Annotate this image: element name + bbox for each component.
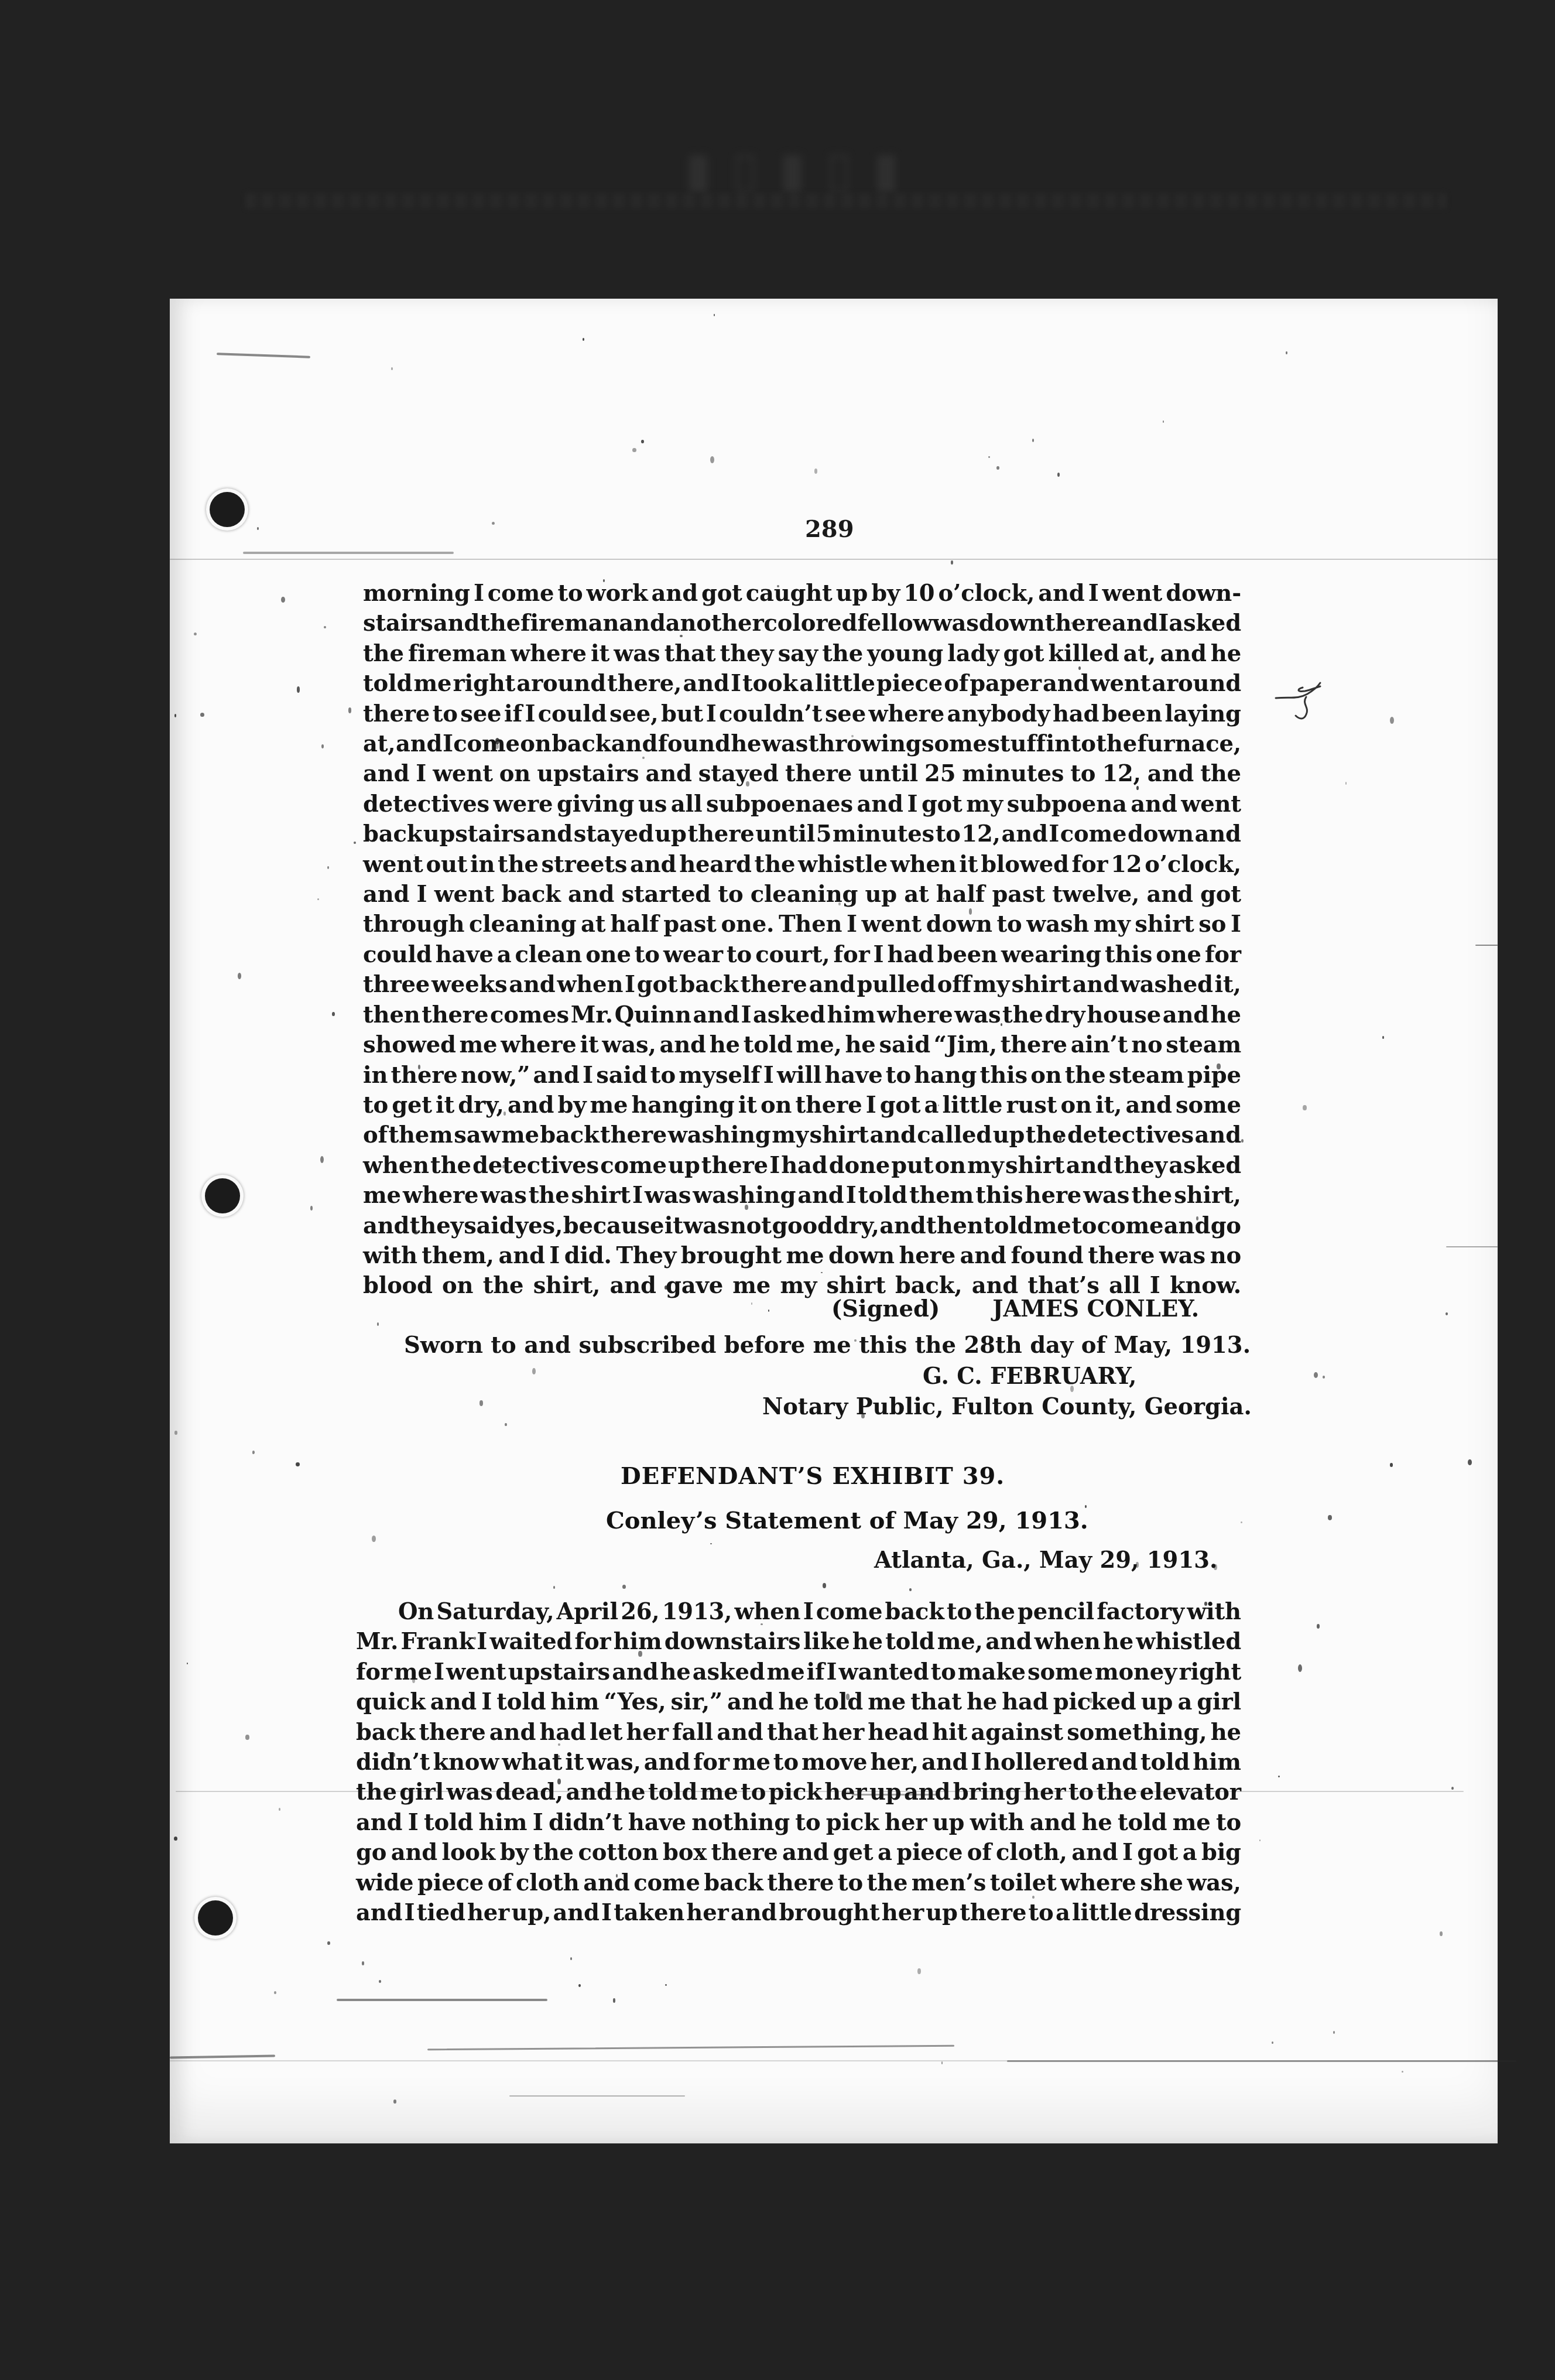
scan-speck — [622, 1585, 626, 1589]
text-line: wentoutinthestreetsandheardthewhistlewhe… — [363, 850, 1241, 880]
text-line: OnSaturday,April26,1913,whenIcomebacktot… — [356, 1597, 1241, 1627]
scan-speck — [320, 1156, 324, 1163]
scan-speck — [1032, 439, 1034, 442]
scan-speck — [1402, 2071, 1403, 2073]
text-line: morningIcometoworkandgotcaughtupby10o’cl… — [363, 579, 1241, 608]
text-line: andIwentbackandstartedtocleaningupathalf… — [363, 880, 1241, 909]
scan-speck — [1323, 1376, 1325, 1379]
scan-speck — [279, 1808, 280, 1811]
scan-speck — [327, 1941, 330, 1945]
signer-name: JAMES CONLEY. — [992, 1296, 1199, 1322]
scan-speck — [1196, 1216, 1198, 1220]
scan-speck — [951, 560, 953, 565]
scan-speck — [348, 707, 352, 713]
scan-speck — [536, 1191, 539, 1194]
scan-speck — [1303, 1105, 1307, 1111]
scan-speck — [317, 898, 319, 901]
scan-speck — [281, 597, 285, 603]
scan-speck — [1272, 2042, 1273, 2044]
scan-speck — [532, 1368, 536, 1374]
scan-speck — [996, 466, 999, 470]
text-line: throughcleaningathalfpastone.ThenIwentdo… — [363, 909, 1241, 939]
scan-speck — [1070, 1386, 1074, 1392]
scan-speck — [558, 1755, 560, 1758]
scan-line — [509, 2095, 685, 2097]
scan-speck — [414, 1230, 418, 1235]
scan-speck — [1314, 1372, 1318, 1378]
scan-speck — [578, 1984, 581, 1987]
scan-speck — [200, 713, 204, 717]
text-line: thefiremanwhereitwasthattheysaytheyoungl… — [363, 639, 1241, 669]
text-line: whenthedetectivescomeupthereIhaddoneputo… — [363, 1151, 1241, 1181]
text-line: withthem,andIdid.Theybroughtmedownherean… — [363, 1241, 1241, 1271]
scan-speck — [838, 902, 840, 905]
scan-speck — [846, 1694, 850, 1699]
scan-speck — [861, 1414, 865, 1419]
jurat: Sworn to and subscribed before me this t… — [404, 1332, 1251, 1359]
scan-speck — [969, 908, 972, 915]
scan-speck — [404, 928, 406, 932]
scan-speck — [924, 1673, 927, 1676]
scan-speck — [814, 469, 817, 473]
page-number: 289 — [805, 515, 854, 543]
scan-speck — [641, 440, 644, 444]
scan-speck — [354, 842, 355, 844]
scan-speck — [1032, 1896, 1035, 1899]
scan-line — [217, 353, 310, 358]
scan-speck — [558, 1743, 560, 1746]
scan-speck — [1390, 717, 1394, 724]
scan-speck — [988, 456, 990, 458]
scan-speck — [474, 1637, 475, 1640]
text-line: detectivesweregivingusallsubpoenaesandIg… — [363, 789, 1241, 819]
text-line: threeweeksandwhenIgotbackthereandpulledo… — [363, 970, 1241, 1000]
scan-line — [170, 2054, 275, 2058]
scan-speck — [1085, 1505, 1087, 1508]
scan-speck — [710, 456, 714, 463]
scan-speck — [583, 338, 584, 341]
scan-speck — [583, 1813, 584, 1815]
scan-speck — [274, 1991, 276, 1994]
text-line: widepieceofclothandcomebacktheretothemen… — [356, 1868, 1241, 1898]
scan-speck — [1278, 1776, 1280, 1777]
scan-speck — [1468, 1459, 1472, 1465]
scan-speck — [638, 1651, 642, 1657]
scan-speck — [1057, 473, 1060, 477]
text-line: mewherewastheshirtIwaswashingandItoldthe… — [363, 1181, 1241, 1210]
scan-speck — [492, 522, 495, 525]
scan-line — [427, 2045, 954, 2050]
scan-speck — [502, 1165, 505, 1168]
text-line: intherenow,”andIsaidtomyselfIwillhavetoh… — [363, 1061, 1241, 1090]
exhibit-body: OnSaturday,April26,1913,whenIcomebacktot… — [356, 1597, 1241, 1928]
scan-speck — [665, 1285, 667, 1290]
text-line: couldhaveacleanonetoweartocourt,forIhadb… — [363, 940, 1241, 970]
text-line: andIwentonupstairsandstayedthereuntil25m… — [363, 759, 1241, 789]
scan-speck — [1451, 1787, 1454, 1790]
scan-speck — [1345, 782, 1347, 785]
scan-speck — [174, 1431, 177, 1434]
scan-speck — [710, 1543, 711, 1545]
scan-speck — [414, 854, 415, 856]
text-line: formeIwentupstairsandheaskedmeifIwantedt… — [356, 1657, 1241, 1687]
scan-speck — [1241, 1139, 1244, 1142]
statement-body: morningIcometoworkandgotcaughtupby10o’cl… — [363, 579, 1241, 1301]
scan-speck — [391, 367, 393, 371]
text-line: thentherecomesMr.QuinnandIaskedhimwherew… — [363, 1000, 1241, 1030]
text-line: andItiedherup,andItakenherandbroughtheru… — [356, 1898, 1241, 1928]
scan-speck — [252, 1451, 255, 1454]
scan-speck — [823, 1583, 826, 1588]
handwritten-margin-mark — [1273, 673, 1344, 738]
scan-speck — [1259, 1839, 1261, 1841]
scan-speck — [751, 1302, 752, 1304]
punch-hole-bottom — [198, 1900, 233, 1936]
scan-speck — [321, 744, 324, 748]
scan-speck — [296, 1462, 300, 1466]
scan-speck — [257, 527, 259, 530]
notary-title: Notary Public, Fulton County, Georgia. — [762, 1394, 1252, 1420]
text-line: backupstairsandstayedupthereuntil5minute… — [363, 819, 1241, 849]
text-line: theretoseeifIcouldsee,butIcouldn’tseewhe… — [363, 699, 1241, 729]
scan-speck — [379, 1980, 381, 1983]
notary-name: G. C. FEBRUARY, — [923, 1363, 1136, 1390]
scan-speck — [372, 1536, 376, 1543]
text-line: stairsandthefiremanandanothercoloredfell… — [363, 608, 1241, 638]
scan-speck — [1241, 1521, 1242, 1523]
scan-speck — [909, 1588, 912, 1591]
film-header-smear — [246, 193, 1446, 208]
film-header-bleed: ▮▯▮▯▮ — [638, 141, 966, 193]
text-line: Mr.FrankIwaitedforhimdownstairslikehetol… — [356, 1627, 1241, 1657]
scan-speck — [324, 626, 326, 628]
scan-speck — [714, 314, 715, 316]
scan-speck — [238, 973, 241, 979]
scan-line — [243, 552, 454, 554]
scan-speck — [941, 2061, 943, 2064]
scan-speck — [418, 1065, 420, 1069]
scan-line — [337, 1999, 547, 2001]
scan-speck — [1328, 1515, 1332, 1520]
scan-speck — [174, 1837, 177, 1841]
scan-speck — [1446, 1312, 1448, 1315]
text-line: togetitdry,andbymehangingitonthereIgotal… — [363, 1090, 1241, 1120]
scan-speck — [597, 1222, 598, 1223]
scan-line — [1446, 1246, 1498, 1247]
scan-speck — [1204, 1602, 1207, 1605]
scan-speck — [1059, 1136, 1061, 1141]
scan-speck — [174, 714, 176, 717]
scan-speck — [1078, 666, 1080, 670]
signed-label: (Signed) — [831, 1296, 940, 1322]
scan-speck — [768, 1309, 769, 1312]
exhibit-title: DEFENDANT’S EXHIBIT 39. — [621, 1462, 1005, 1490]
scan-line — [1475, 945, 1498, 946]
text-line: ofthemsawmebacktherewashingmyshirtandcal… — [363, 1120, 1241, 1150]
scan-speck — [1163, 420, 1164, 423]
text-line: goandlookbythecottonboxthereandgetapiece… — [356, 1838, 1241, 1868]
document-page: 289 morningIcometoworkandgotcaughtupby10… — [170, 299, 1498, 2143]
scan-speck — [377, 1322, 379, 1325]
exhibit-subtitle: Conley’s Statement of May 29, 1913. — [606, 1507, 1088, 1534]
scan-speck — [570, 1957, 572, 1961]
text-line: andItoldhimIdidn’thavenothingtopickherup… — [356, 1808, 1241, 1838]
scan-speck — [632, 448, 636, 452]
scan-speck — [362, 1961, 365, 1965]
scan-speck — [917, 1968, 921, 1975]
punch-hole-middle — [205, 1178, 240, 1213]
scan-line — [170, 559, 1498, 560]
scan-speck — [1214, 1564, 1217, 1571]
scan-speck — [1333, 2031, 1335, 2034]
scan-speck — [332, 1012, 335, 1016]
scan-speck — [479, 1400, 483, 1406]
scan-speck — [310, 1206, 313, 1210]
scan-speck — [1286, 351, 1287, 354]
scan-speck — [1440, 1931, 1443, 1937]
scan-speck — [553, 1586, 555, 1589]
scan-speck — [1071, 622, 1073, 624]
scan-speck — [495, 738, 499, 744]
scan-speck — [389, 802, 391, 804]
text-line: showedmewhereitwas,andhetoldme,hesaid“Ji… — [363, 1030, 1241, 1060]
scan-speck — [1382, 1036, 1383, 1038]
scan-speck — [613, 1998, 615, 2002]
scan-speck — [1390, 1463, 1393, 1467]
exhibit-dateline: Atlanta, Ga., May 29, 1913. — [874, 1547, 1217, 1574]
text-line: toldmerightaroundthere,andItookalittlepi… — [363, 669, 1241, 699]
text-line: thegirlwasdead,andhetoldmetopickherupand… — [356, 1777, 1241, 1807]
scan-speck — [594, 952, 597, 955]
punch-hole-top — [210, 492, 245, 527]
scan-speck — [854, 1339, 857, 1342]
scan-speck — [557, 1779, 561, 1784]
scan-speck — [194, 632, 197, 635]
text-line: backthereandhadletherfallandthatherheadh… — [356, 1718, 1241, 1748]
scan-speck — [1317, 1624, 1320, 1629]
scan-speck — [327, 866, 329, 869]
scan-speck — [505, 1423, 506, 1427]
scan-speck — [1089, 1698, 1092, 1702]
scan-speck — [495, 744, 498, 749]
scan-speck — [851, 735, 854, 737]
scan-speck — [245, 1735, 249, 1740]
signature-line: (Signed)JAMES CONLEY. — [831, 1296, 1199, 1322]
scan-speck — [1136, 1562, 1139, 1568]
scan-line — [1007, 2060, 1516, 2062]
scan-speck — [187, 1663, 188, 1664]
scan-speck — [1217, 1064, 1220, 1069]
text-line: quickandItoldhim“Yes,sir,”andhetoldmetha… — [356, 1687, 1241, 1717]
text-line: andtheysaidyes,becauseitwasnotgooddry,an… — [363, 1211, 1241, 1241]
scan-speck — [761, 1623, 762, 1625]
scan-speck — [665, 1984, 666, 1986]
scan-speck — [297, 686, 300, 692]
text-line: didn’tknowwhatitwas,andformetomoveher,an… — [356, 1748, 1241, 1777]
scan-speck — [1298, 1664, 1302, 1672]
scan-speck — [393, 2099, 396, 2104]
